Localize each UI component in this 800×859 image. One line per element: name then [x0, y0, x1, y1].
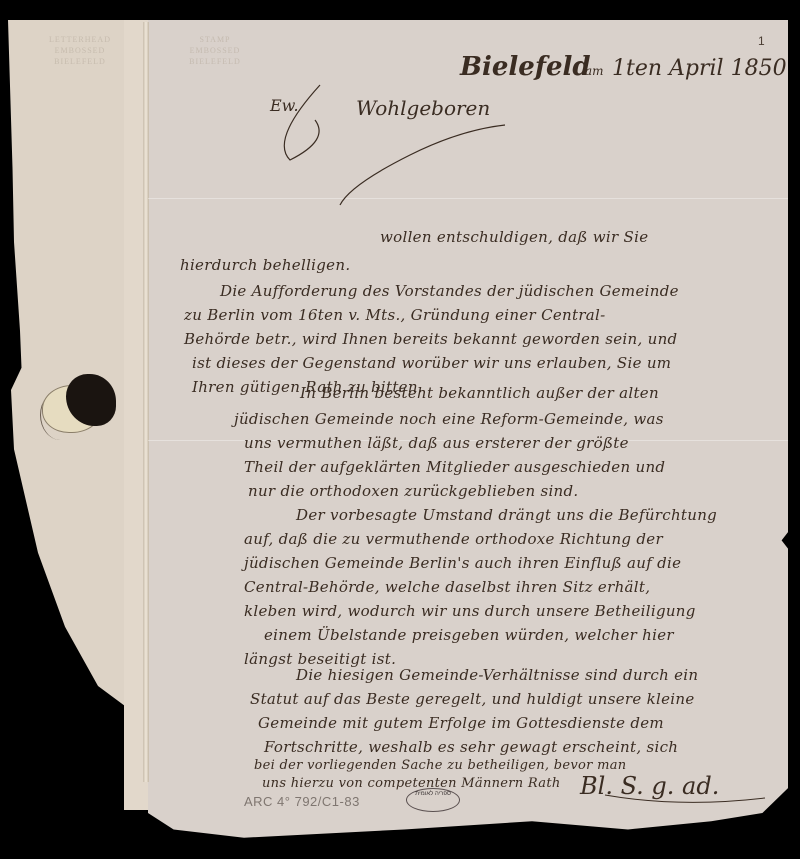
salutation-flourish-icon — [260, 80, 520, 210]
embossed-line: EMBOSSED — [170, 45, 260, 56]
body-line: jüdischen Gemeinde noch eine Reform-Geme… — [234, 410, 664, 428]
signature-underline-icon — [600, 790, 770, 810]
body-line: auf, daß die zu vermuthende orthodoxe Ri… — [244, 530, 663, 548]
body-line: wollen entschuldigen, daß wir Sie — [380, 228, 648, 246]
embossed-line: BIELEFELD — [170, 56, 260, 67]
page-number: 1 — [758, 34, 765, 48]
library-stamp-text: ספריה לאומית — [415, 791, 451, 797]
archive-shelfmark: ARC 4° 792/C1-83 — [244, 794, 360, 809]
place-name: Bielefeld — [460, 52, 591, 82]
body-line: Gemeinde mit gutem Erfolge im Gottesdien… — [258, 714, 664, 732]
letter-date: 1ten April 1850 — [612, 56, 787, 81]
body-line: hierdurch behelligen. — [180, 256, 350, 274]
embossed-letterhead-left: LETTERHEAD EMBOSSED BIELEFELD — [30, 34, 130, 67]
embossed-line: STAMP — [170, 34, 260, 45]
body-line: Fortschritte, weshalb es sehr gewagt ers… — [264, 738, 678, 756]
embossed-line: LETTERHEAD — [30, 34, 130, 45]
body-line: Behörde betr., wird Ihnen bereits bekann… — [184, 330, 677, 348]
body-line: In Berlin besteht bekanntlich außer der … — [300, 384, 659, 402]
embossed-letterhead-right: STAMP EMBOSSED BIELEFELD — [170, 34, 260, 67]
body-line: nur die orthodoxen zurückgeblieben sind. — [248, 482, 579, 500]
body-line: Die hiesigen Gemeinde-Verhältnisse sind … — [296, 666, 698, 684]
embossed-line: BIELEFELD — [30, 56, 130, 67]
body-line: einem Übelstande preisgeben würden, welc… — [264, 626, 674, 644]
body-line: Die Aufforderung des Vorstandes der jüdi… — [220, 282, 679, 300]
body-line: jüdischen Gemeinde Berlin's auch ihren E… — [244, 554, 681, 572]
body-line: ist dieses der Gegenstand worüber wir un… — [192, 354, 671, 372]
library-stamp: ספריה לאומית — [406, 788, 460, 812]
body-line: kleben wird, wodurch wir uns durch unser… — [244, 602, 696, 620]
embossed-line: EMBOSSED — [30, 45, 130, 56]
body-line: Statut auf das Beste geregelt, und huldi… — [250, 690, 695, 708]
body-line: uns hierzu von competenten Männern Rath — [262, 776, 561, 791]
body-line: bei der vorliegenden Sache zu betheilige… — [254, 758, 626, 773]
body-line: Central-Behörde, welche daselbst ihren S… — [244, 578, 650, 596]
body-line: Theil der aufgeklärten Mitglieder ausges… — [244, 458, 665, 476]
date-connector: am — [585, 64, 604, 78]
body-line: zu Berlin vom 16ten v. Mts., Gründung ei… — [184, 306, 606, 324]
fold-crease — [143, 22, 149, 782]
body-line: uns vermuthen läßt, daß aus ersterer der… — [244, 434, 629, 452]
body-line: Der vorbesagte Umstand drängt uns die Be… — [296, 506, 717, 524]
